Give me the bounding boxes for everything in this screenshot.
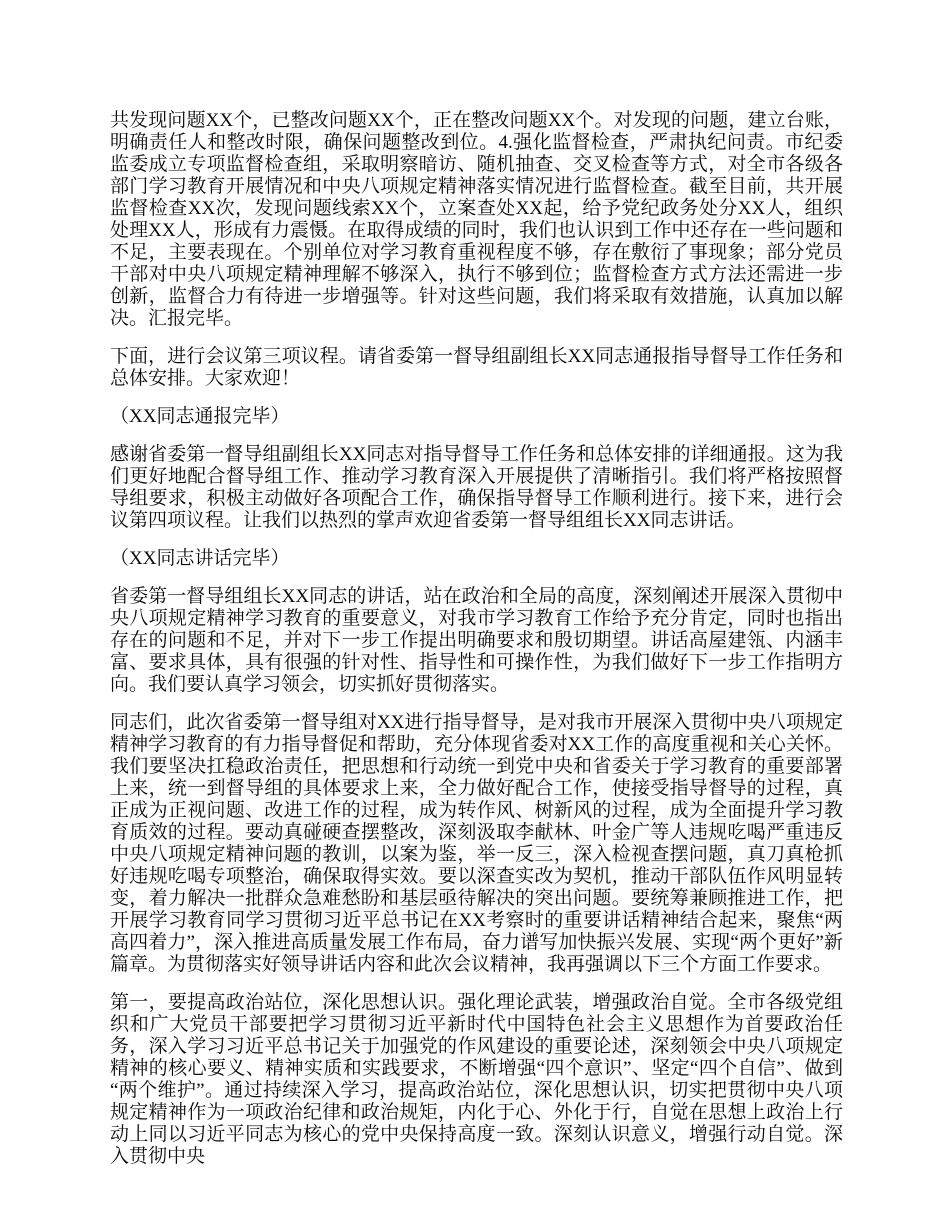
paragraph-comrades-requirements: 同志们，此次省委第一督导组对XX进行指导督导，是对我市开展深入贯彻中央八项规定精…	[110, 712, 843, 976]
document-page: 共发现问题XX个，已整改问题XX个，正在整改问题XX个。对发现的问题，建立台账，…	[0, 0, 950, 1230]
paragraph-report-progress: 共发现问题XX个，已整改问题XX个，正在整改问题XX个。对发现的问题，建立台账，…	[110, 110, 843, 330]
paragraph-speech-finished-note: （XX同志讲话完毕）	[110, 548, 843, 570]
paragraph-agenda-item-3: 下面，进行会议第三项议程。请省委第一督导组副组长XX同志通报指导督导工作任务和总…	[110, 346, 843, 390]
paragraph-briefing-finished-note: （XX同志通报完毕）	[110, 406, 843, 428]
paragraph-thanks-briefing: 感谢省委第一督导组副组长XX同志对指导督导工作任务和总体安排的详细通报。这为我们…	[110, 444, 843, 532]
paragraph-first-requirement: 第一，要提高政治站位，深化思想认识。强化理论武装，增强政治自觉。全市各级党组织和…	[110, 992, 843, 1168]
paragraph-speech-summary: 省委第一督导组组长XX同志的讲话，站在政治和全局的高度，深刻阐述开展深入贯彻中央…	[110, 586, 843, 696]
